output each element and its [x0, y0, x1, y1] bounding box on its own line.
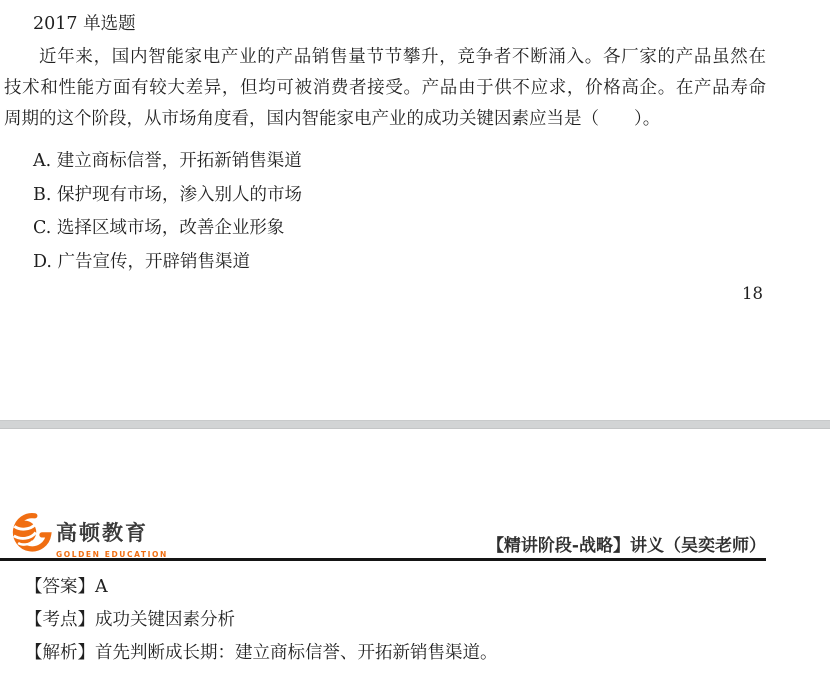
question-title: 2017 单选题 [33, 10, 136, 35]
option-b: B. 保护现有市场，渗入别人的市场 [33, 185, 302, 219]
paragraph-line: 技术和性能方面有较大差异，但均可被消费者接受。产品由于供不应求，价格高企。在产品… [4, 73, 766, 104]
topic-line: 【考点】成功关键因素分析 [25, 606, 235, 631]
brand-logo-text: 高顿教育 GOLDEN EDUCATION [56, 512, 168, 559]
answer-line: 【答案】A [25, 573, 108, 598]
paragraph-line: 近年来，国内智能家电产业的产品销售量节节攀升，竞争者不断涌入。各厂家的产品虽然在 [4, 42, 766, 73]
page-gap-divider [0, 420, 830, 429]
logo-title: 高顿教育 [56, 517, 168, 547]
option-a: A. 建立商标信誉，开拓新销售渠道 [33, 151, 302, 185]
golden-education-logo-icon [10, 512, 52, 552]
question-paragraph: 近年来，国内智能家电产业的产品销售量节节攀升，竞争者不断涌入。各厂家的产品虽然在… [4, 42, 766, 135]
paragraph-line: 周期的这个阶段，从市场角度看，国内智能家电产业的成功关键因素应当是（ ）。 [4, 104, 766, 135]
document-viewer: 2017 单选题 近年来，国内智能家电产业的产品销售量节节攀升，竞争者不断涌入。… [0, 0, 830, 680]
option-d: D. 广告宣传，开辟销售渠道 [33, 252, 302, 286]
options-list: A. 建立商标信誉，开拓新销售渠道 B. 保护现有市场，渗入别人的市场 C. 选… [33, 151, 302, 285]
course-header-label: 【精讲阶段-战略】讲义（吴奕老师） [487, 531, 766, 556]
header-rule [0, 558, 766, 561]
brand-logo: 高顿教育 GOLDEN EDUCATION [10, 512, 168, 559]
option-c: C. 选择区域市场，改善企业形象 [33, 218, 302, 252]
analysis-line: 【解析】首先判断成长期：建立商标信誉、开拓新销售渠道。 [25, 639, 498, 664]
page-number: 18 [742, 284, 763, 303]
